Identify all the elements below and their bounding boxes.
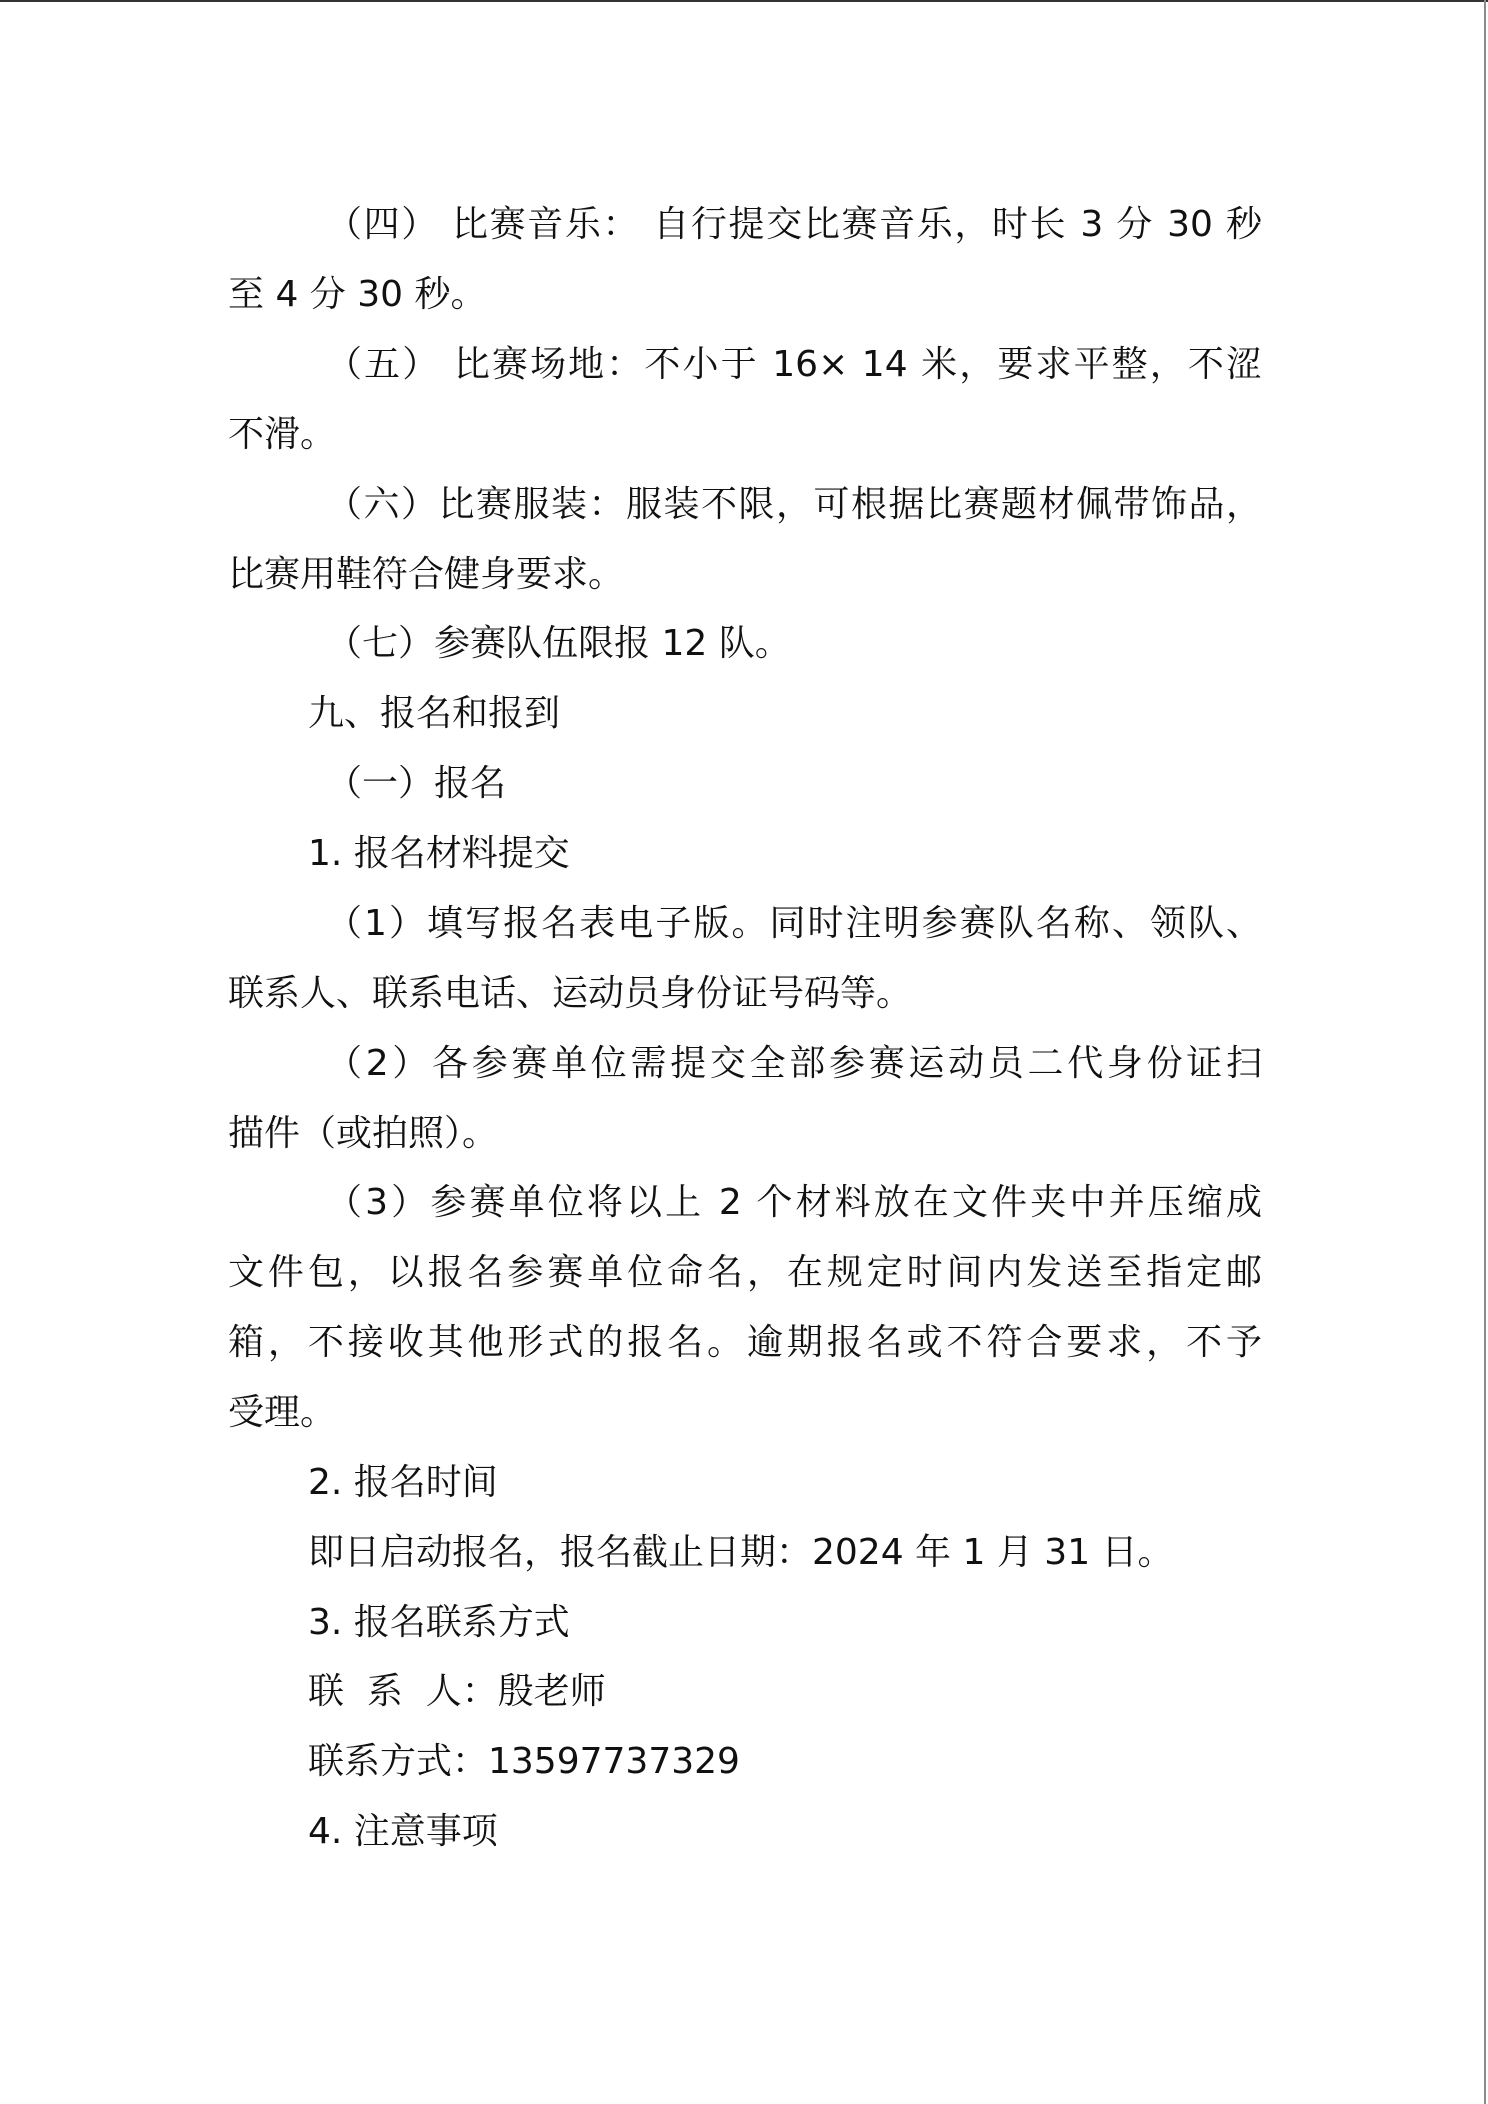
item-package-cont-1: 文件包，以报名参赛单位命名，在规定时间内发送至指定邮 bbox=[228, 1249, 1262, 1297]
contact-phone: 联系方式：13597737329 bbox=[308, 1738, 740, 1786]
page-right-border bbox=[1484, 0, 1486, 2104]
item-package-cont-2: 箱，不接收其他形式的报名。逾期报名或不符合要求，不予 bbox=[228, 1319, 1262, 1367]
subheading-registration-time: 2. 报名时间 bbox=[308, 1459, 498, 1507]
item-competition-attire: （六）比赛服装：服装不限，可根据比赛题材佩带饰品， bbox=[326, 481, 1262, 529]
item-form-fill: （1）填写报名表电子版。同时注明参赛队名称、领队、 bbox=[326, 900, 1262, 948]
item-competition-venue: （五） 比赛场地：不小于 16× 14 米，要求平整，不涩 bbox=[326, 341, 1262, 389]
item-competition-music: （四） 比赛音乐： 自行提交比赛音乐，时长 3 分 30 秒 bbox=[326, 201, 1262, 249]
item-team-limit: （七）参赛队伍限报 12 队。 bbox=[326, 620, 791, 668]
registration-deadline: 即日启动报名，报名截止日期：2024 年 1 月 31 日。 bbox=[308, 1529, 1174, 1577]
item-form-fill-cont: 联系人、联系电话、运动员身份证号码等。 bbox=[228, 970, 912, 1018]
item-package-cont-3: 受理。 bbox=[228, 1389, 336, 1437]
section-heading-registration: 九、报名和报到 bbox=[308, 690, 560, 738]
item-competition-music-cont: 至 4 分 30 秒。 bbox=[228, 271, 487, 319]
subheading-materials: 1. 报名材料提交 bbox=[308, 830, 570, 878]
item-id-scan: （2）各参赛单位需提交全部参赛运动员二代身份证扫 bbox=[326, 1040, 1262, 1088]
item-competition-attire-cont: 比赛用鞋符合健身要求。 bbox=[228, 551, 624, 599]
item-id-scan-cont: 描件（或拍照）。 bbox=[228, 1110, 498, 1158]
document-page: （四） 比赛音乐： 自行提交比赛音乐，时长 3 分 30 秒 至 4 分 30 … bbox=[0, 0, 1484, 2104]
subsection-heading-registration: （一）报名 bbox=[326, 760, 506, 808]
item-package: （3）参赛单位将以上 2 个材料放在文件夹中并压缩成 bbox=[326, 1179, 1262, 1227]
subheading-notes: 4. 注意事项 bbox=[308, 1808, 498, 1856]
item-competition-venue-cont: 不滑。 bbox=[228, 411, 336, 459]
subheading-contact: 3. 报名联系方式 bbox=[308, 1599, 570, 1647]
contact-person: 联 系 人：殷老师 bbox=[308, 1668, 606, 1716]
